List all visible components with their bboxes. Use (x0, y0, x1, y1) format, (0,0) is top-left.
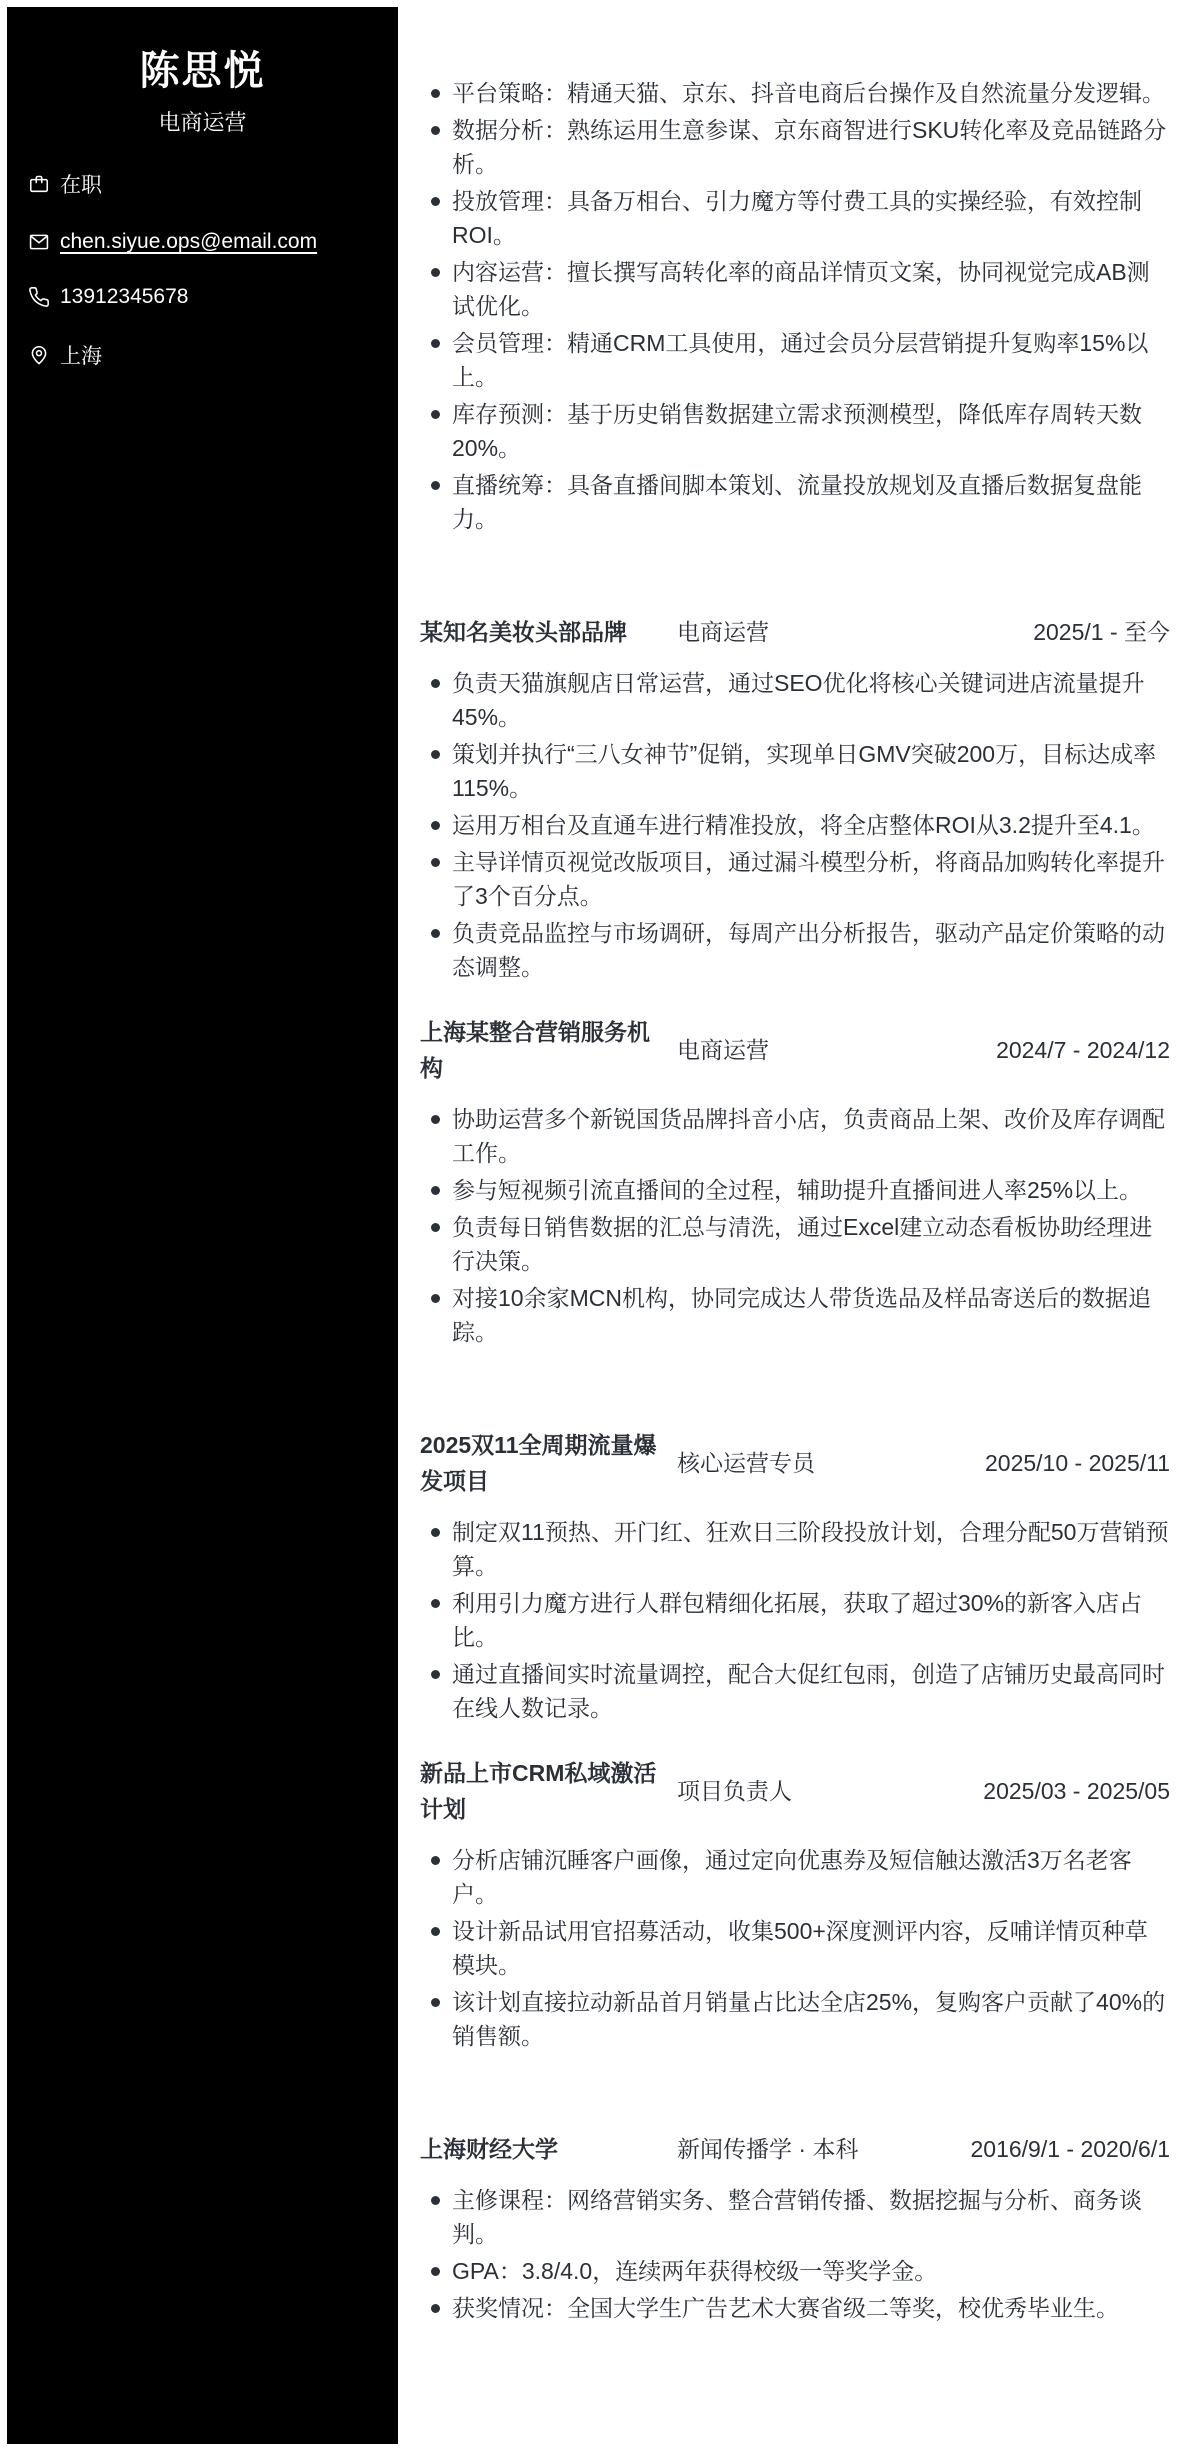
projects-section: 2025双11全周期流量爆发项目 核心运营专员 2025/10 - 2025/1… (420, 1427, 1170, 2053)
bullet-item: 内容运营：擅长撰写高转化率的商品详情页文案，协同视觉完成AB测试优化。 (420, 255, 1170, 323)
entry-role: 项目负责人 (677, 1776, 792, 1806)
entry-organization: 2025双11全周期流量爆发项目 (420, 1427, 658, 1499)
bullet-item: 负责天猫旗舰店日常运营，通过SEO优化将核心关键词进店流量提升45%。 (420, 666, 1170, 734)
summary-skill-list: 平台策略：精通天猫、京东、抖音电商后台操作及自然流量分发逻辑。数据分析：熟练运用… (420, 76, 1170, 536)
contact-list: 在职 chen.siyue.ops@email.com 13912345678 … (7, 169, 398, 370)
bullet-item: 该计划直接拉动新品首月销量占比达全店25%，复购客户贡献了40%的销售额。 (420, 1985, 1170, 2053)
entry-role: 新闻传播学 · 本科 (677, 2134, 858, 2164)
bullet-item: 策划并执行“三八女神节”促销，实现单日GMV突破200万，目标达成率115%。 (420, 737, 1170, 805)
briefcase-icon (28, 173, 50, 195)
resume-entry: 2025双11全周期流量爆发项目 核心运营专员 2025/10 - 2025/1… (420, 1427, 1170, 1725)
contact-item: chen.siyue.ops@email.com (28, 230, 380, 254)
entry-role: 核心运营专员 (677, 1448, 815, 1478)
entry-bullet-list: 负责天猫旗舰店日常运营，通过SEO优化将核心关键词进店流量提升45%。策划并执行… (420, 666, 1170, 984)
entry-organization: 上海财经大学 (420, 2131, 658, 2167)
entry-organization: 新品上市CRM私域激活计划 (420, 1755, 658, 1827)
bullet-item: 投放管理：具备万相台、引力魔方等付费工具的实操经验，有效控制ROI。 (420, 184, 1170, 252)
contact-item: 13912345678 (28, 285, 380, 309)
bullet-item: 分析店铺沉睡客户画像，通过定向优惠券及短信触达激活3万名老客户。 (420, 1843, 1170, 1911)
bullet-item: 平台策略：精通天猫、京东、抖音电商后台操作及自然流量分发逻辑。 (420, 76, 1170, 110)
contact-value[interactable]: chen.siyue.ops@email.com (60, 230, 317, 254)
resume-entry: 上海财经大学 新闻传播学 · 本科 2016/9/1 - 2020/6/1 主修… (420, 2131, 1170, 2325)
bullet-item: 参与短视频引流直播间的全过程，辅助提升直播间进人率25%以上。 (420, 1173, 1170, 1207)
entry-header: 2025双11全周期流量爆发项目 核心运营专员 2025/10 - 2025/1… (420, 1427, 1170, 1499)
bullet-item: 主导详情页视觉改版项目，通过漏斗模型分析，将商品加购转化率提升了3个百分点。 (420, 845, 1170, 913)
entry-header: 上海某整合营销服务机构 电商运营 2024/7 - 2024/12 (420, 1014, 1170, 1086)
entry-bullet-list: 制定双11预热、开门红、狂欢日三阶段投放计划，合理分配50万营销预算。利用引力魔… (420, 1515, 1170, 1725)
resume-entry: 新品上市CRM私域激活计划 项目负责人 2025/03 - 2025/05 分析… (420, 1755, 1170, 2053)
sidebar: 陈思悦 电商运营 在职 chen.siyue.ops@email.com 139… (7, 7, 398, 2444)
bullet-item: 对接10余家MCN机构，协同完成达人带货选品及样品寄送后的数据追踪。 (420, 1281, 1170, 1349)
entry-role: 电商运营 (677, 1035, 769, 1065)
location-pin-icon (28, 344, 50, 366)
bullet-item: 直播统筹：具备直播间脚本策划、流量投放规划及直播后数据复盘能力。 (420, 468, 1170, 536)
entry-bullet-list: 协助运营多个新锐国货品牌抖音小店，负责商品上架、改价及库存调配工作。参与短视频引… (420, 1102, 1170, 1349)
contact-item: 上海 (28, 340, 380, 370)
bullet-item: 协助运营多个新锐国货品牌抖音小店，负责商品上架、改价及库存调配工作。 (420, 1102, 1170, 1170)
resume-content: 平台策略：精通天猫、京东、抖音电商后台操作及自然流量分发逻辑。数据分析：熟练运用… (420, 0, 1170, 2328)
entry-dates: 2025/1 - 至今 (1033, 617, 1170, 647)
bullet-item: 数据分析：熟练运用生意参谋、京东商智进行SKU转化率及竞品链路分析。 (420, 113, 1170, 181)
bullet-item: 通过直播间实时流量调控，配合大促红包雨，创造了店铺历史最高同时在线人数记录。 (420, 1657, 1170, 1725)
entry-bullet-list: 分析店铺沉睡客户画像，通过定向优惠券及短信触达激活3万名老客户。设计新品试用官招… (420, 1843, 1170, 2053)
bullet-item: 运用万相台及直通车进行精准投放，将全店整体ROI从3.2提升至4.1。 (420, 808, 1170, 842)
bullet-item: 会员管理：精通CRM工具使用，通过会员分层营销提升复购率15%以上。 (420, 326, 1170, 394)
contact-value: 上海 (60, 340, 102, 370)
contact-value: 在职 (60, 169, 102, 199)
candidate-name: 陈思悦 (7, 47, 398, 95)
entry-organization: 某知名美妆头部品牌 (420, 614, 658, 650)
entry-dates: 2024/7 - 2024/12 (996, 1035, 1170, 1065)
entry-header: 上海财经大学 新闻传播学 · 本科 2016/9/1 - 2020/6/1 (420, 2131, 1170, 2167)
bullet-item: 负责每日销售数据的汇总与清洗，通过Excel建立动态看板协助经理进行决策。 (420, 1210, 1170, 1278)
phone-icon (28, 286, 50, 308)
entry-bullet-list: 主修课程：网络营销实务、整合营销传播、数据挖掘与分析、商务谈判。GPA：3.8/… (420, 2183, 1170, 2325)
bullet-item: 主修课程：网络营销实务、整合营销传播、数据挖掘与分析、商务谈判。 (420, 2183, 1170, 2251)
resume-entry: 某知名美妆头部品牌 电商运营 2025/1 - 至今 负责天猫旗舰店日常运营，通… (420, 614, 1170, 984)
bullet-item: 负责竞品监控与市场调研，每周产出分析报告，驱动产品定价策略的动态调整。 (420, 916, 1170, 984)
bullet-item: 利用引力魔方进行人群包精细化拓展，获取了超过30%的新客入店占比。 (420, 1586, 1170, 1654)
mail-icon (28, 231, 50, 253)
bullet-item: 设计新品试用官招募活动，收集500+深度测评内容，反哺详情页种草模块。 (420, 1914, 1170, 1982)
entry-role: 电商运营 (677, 617, 769, 647)
bullet-item: 制定双11预热、开门红、狂欢日三阶段投放计划，合理分配50万营销预算。 (420, 1515, 1170, 1583)
bullet-item: GPA：3.8/4.0，连续两年获得校级一等奖学金。 (420, 2254, 1170, 2288)
resume-page: 陈思悦 电商运营 在职 chen.siyue.ops@email.com 139… (0, 0, 1191, 2451)
experience-section: 某知名美妆头部品牌 电商运营 2025/1 - 至今 负责天猫旗舰店日常运营，通… (420, 614, 1170, 1349)
resume-entry: 上海某整合营销服务机构 电商运营 2024/7 - 2024/12 协助运营多个… (420, 1014, 1170, 1349)
entry-organization: 上海某整合营销服务机构 (420, 1014, 658, 1086)
entry-header: 新品上市CRM私域激活计划 项目负责人 2025/03 - 2025/05 (420, 1755, 1170, 1827)
bullet-item: 库存预测：基于历史销售数据建立需求预测模型，降低库存周转天数20%。 (420, 397, 1170, 465)
entry-dates: 2025/03 - 2025/05 (983, 1776, 1170, 1806)
contact-value: 13912345678 (60, 285, 188, 309)
contact-item: 在职 (28, 169, 380, 199)
education-section: 上海财经大学 新闻传播学 · 本科 2016/9/1 - 2020/6/1 主修… (420, 2131, 1170, 2325)
entry-dates: 2025/10 - 2025/11 (985, 1448, 1170, 1478)
candidate-job-title: 电商运营 (7, 109, 398, 137)
bullet-item: 获奖情况：全国大学生广告艺术大赛省级二等奖，校优秀毕业生。 (420, 2291, 1170, 2325)
entry-dates: 2016/9/1 - 2020/6/1 (971, 2134, 1171, 2164)
entry-header: 某知名美妆头部品牌 电商运营 2025/1 - 至今 (420, 614, 1170, 650)
